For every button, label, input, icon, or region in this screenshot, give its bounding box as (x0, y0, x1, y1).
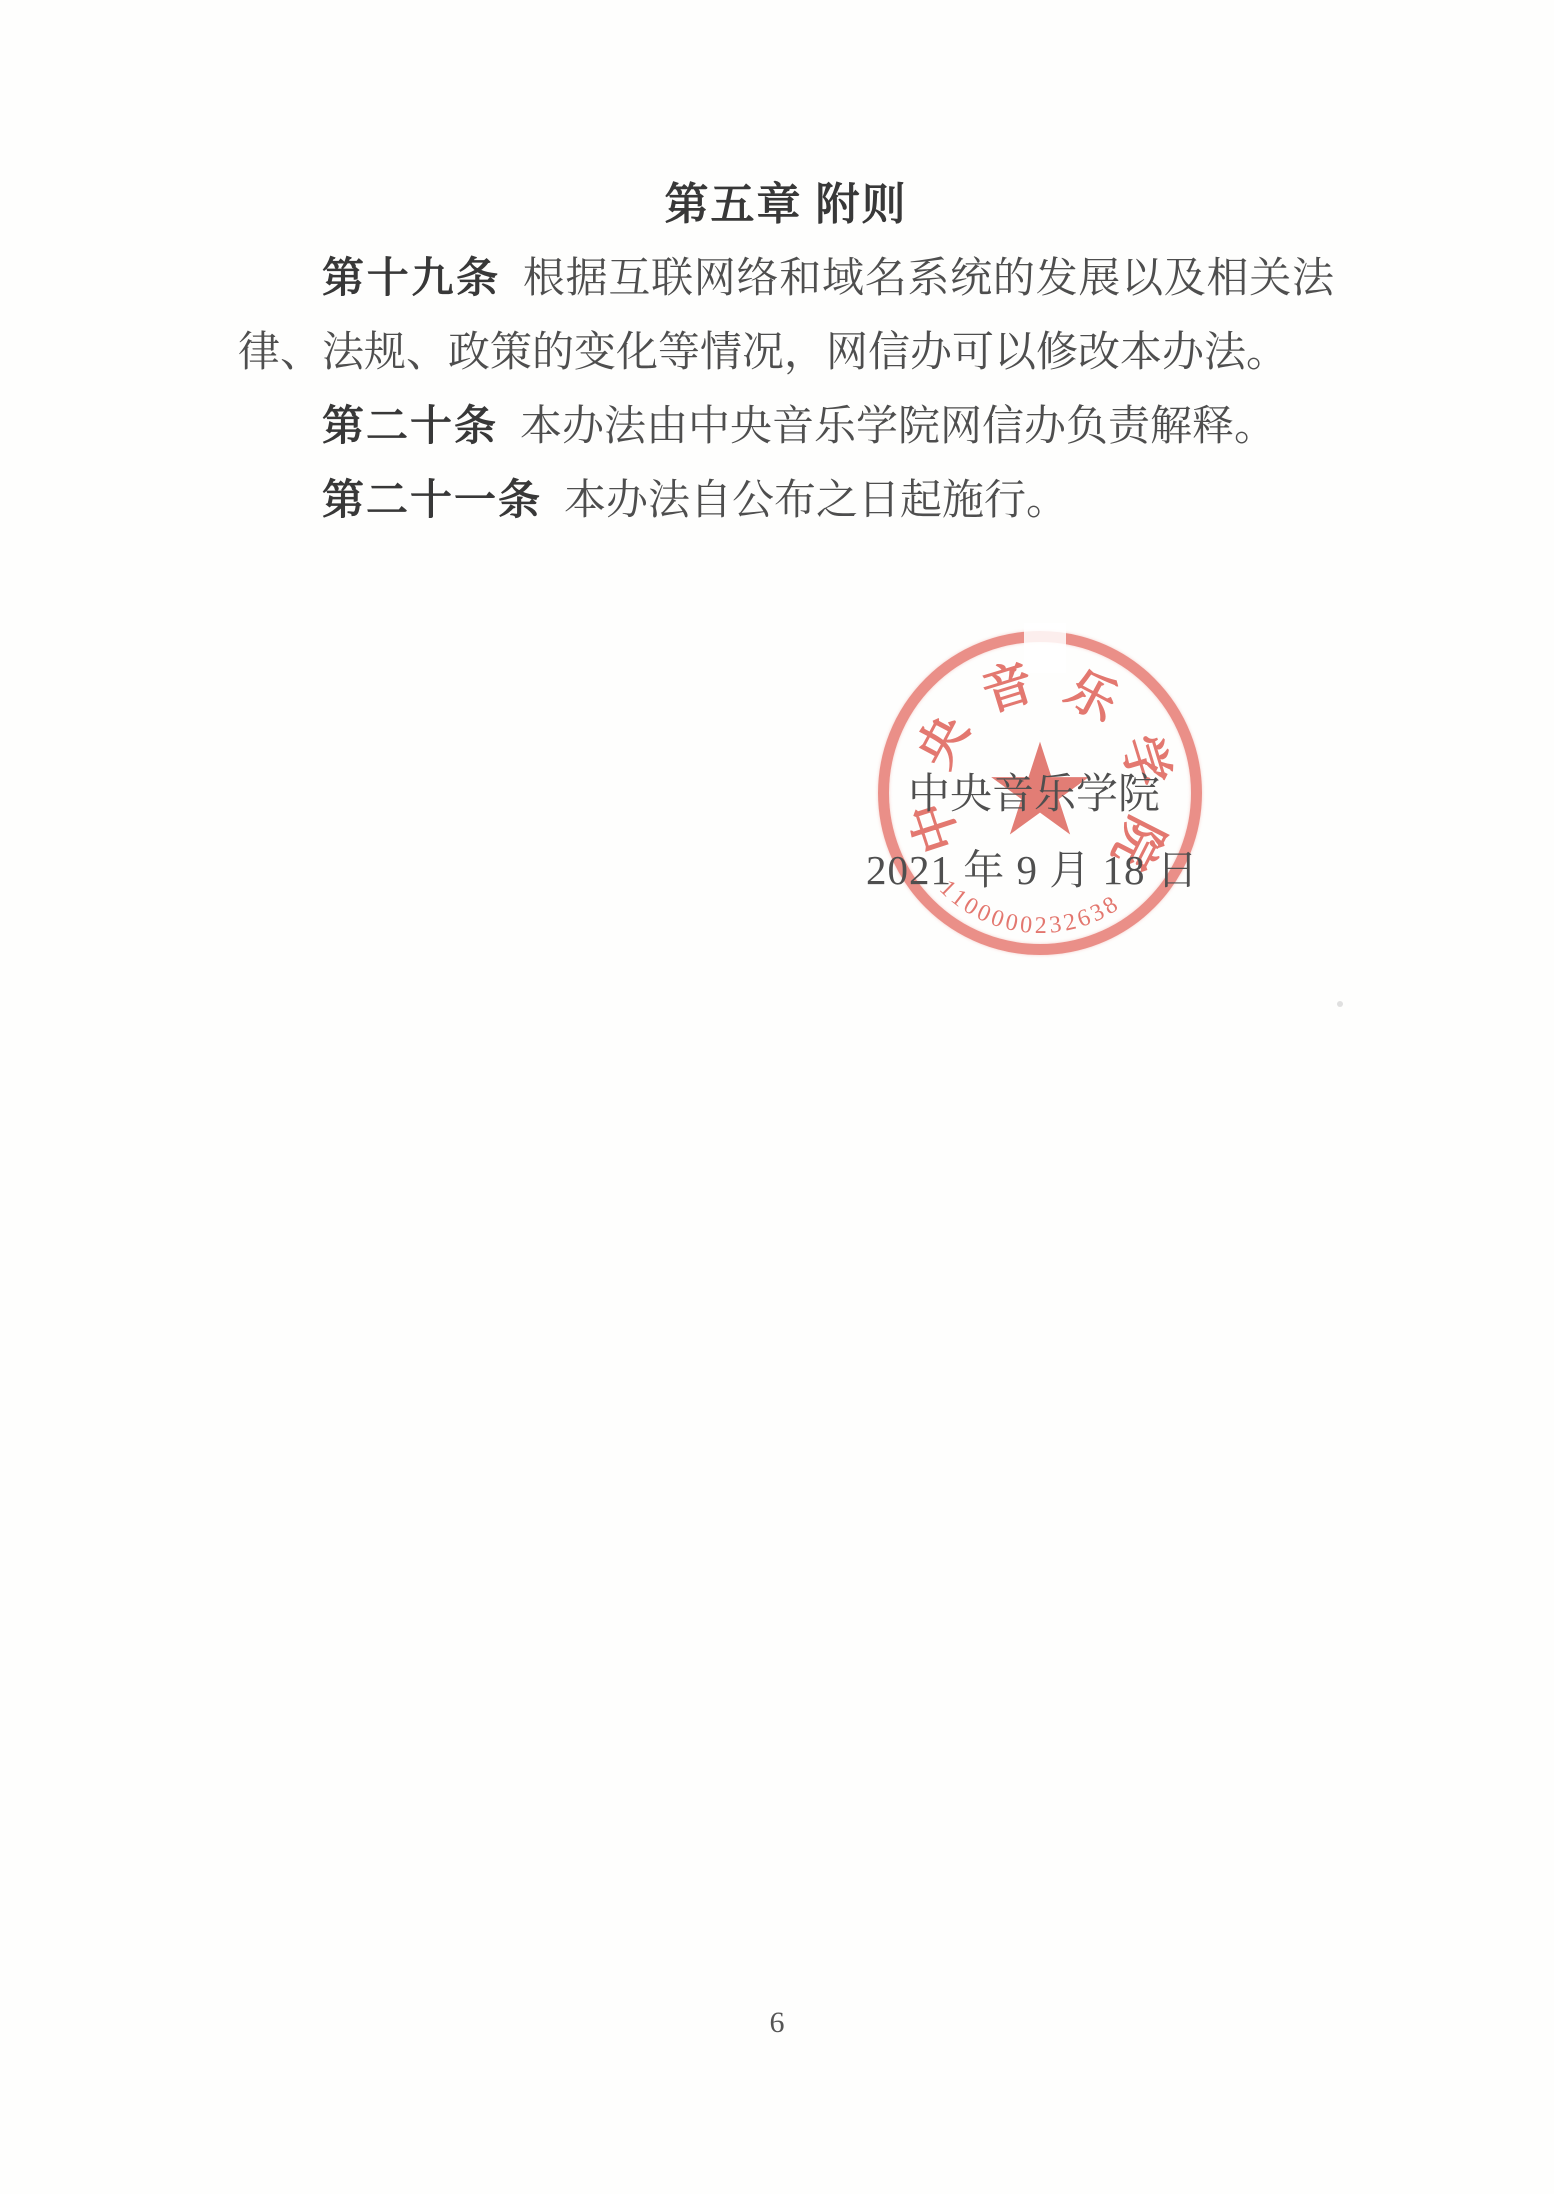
seal-serial-digit: 3 (1048, 912, 1063, 937)
scan-artifact (1024, 623, 1066, 673)
article-20-number: 第二十条 (322, 404, 498, 450)
article-21-number: 第二十一条 (322, 478, 542, 524)
article-19-number: 第十九条 (322, 256, 501, 302)
chapter-heading: 第五章 附则 (238, 168, 1334, 242)
article-21-text: 本办法自公布之日起施行。 (564, 478, 1068, 524)
article-paragraph: 第二十一条本办法自公布之日起施行。 (238, 464, 1334, 538)
signature-organization: 中央音乐学院 (908, 772, 1160, 818)
article-paragraph: 第十九条根据互联网络和域名系统的发展以及相关法律、法规、政策的变化等情况，网信办… (238, 242, 1334, 390)
article-paragraph: 第二十条本办法由中央音乐学院网信办负责解释。 (238, 390, 1334, 464)
scan-speck (1337, 1001, 1343, 1007)
seal-serial-digit: 0 (1003, 910, 1020, 936)
seal-serial-digit: 2 (1035, 914, 1047, 938)
page-number: 6 (0, 2006, 1554, 2040)
document-page: 第五章 附则 第十九条根据互联网络和域名系统的发展以及相关法律、法规、政策的变化… (0, 0, 1554, 2194)
signature-date: 2021 年 9 月 18 日 (866, 848, 1199, 893)
article-20-text: 本办法由中央音乐学院网信办负责解释。 (520, 404, 1276, 450)
seal-serial-digit: 0 (1019, 913, 1033, 938)
document-body: 第五章 附则 第十九条根据互联网络和域名系统的发展以及相关法律、法规、政策的变化… (238, 168, 1334, 538)
